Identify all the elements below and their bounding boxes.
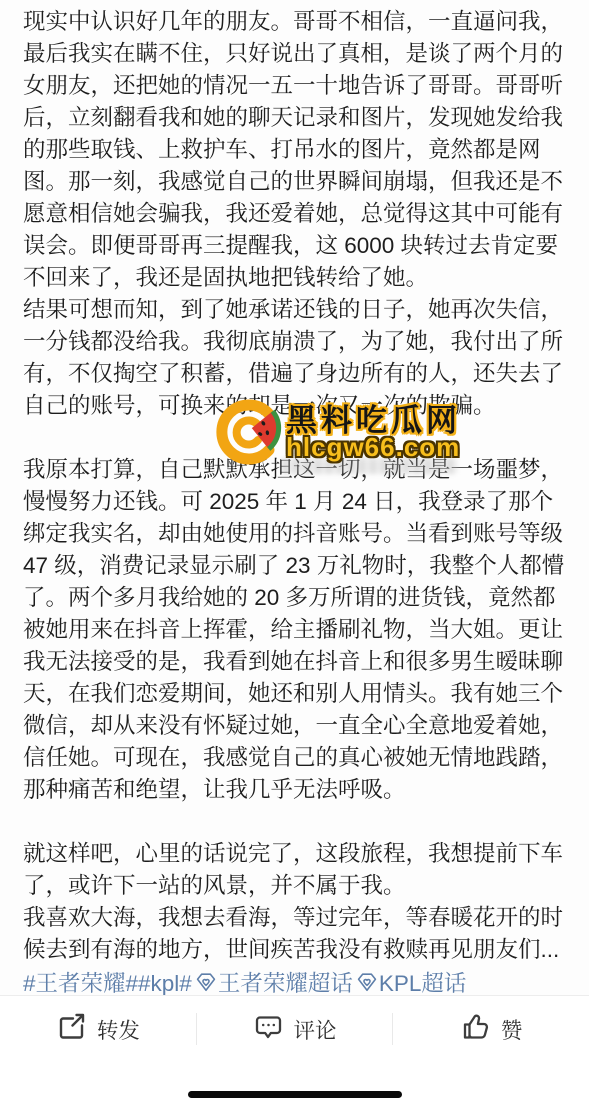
- supertopic-link[interactable]: 王者荣耀超话: [218, 966, 353, 998]
- post-text-line: 信任她。可现在，我感觉自己的真心被她无情地践踏，: [23, 742, 568, 774]
- post-text-line: 的那些取钱、上救护车、打吊水的图片，竟然都是网: [23, 134, 568, 166]
- home-indicator[interactable]: [188, 1091, 402, 1098]
- like-label: 赞: [501, 1014, 523, 1045]
- hashtag-links[interactable]: #王者荣耀##kpl#: [23, 966, 192, 998]
- post-text-line: 后，立刻翻看我和她的聊天记录和图片，发现她发给我: [23, 102, 568, 134]
- post-text-line: 天，在我们恋爱期间，她还和别人用情头。我有她三个: [23, 678, 568, 710]
- supertopic-gem-icon: [356, 971, 378, 993]
- watermark-site-url: hlcgw66.com: [286, 432, 460, 463]
- share-arrow-icon: [56, 1011, 87, 1048]
- post-text-line: 就这样吧，心里的话说完了，这段旅程，我想提前下车: [23, 838, 568, 870]
- post-text-line: 绑定我实名，却由她使用的抖音账号。当看到账号等级: [23, 518, 568, 550]
- post-text-line: 图。那一刻，我感觉自己的世界瞬间崩塌，但我还是不: [23, 166, 568, 198]
- post-text-line: 47 级，消费记录显示刷了 23 万礼物时，我整个人都懵: [23, 550, 568, 582]
- post-text-line: 有，不仅掏空了积蓄，借遍了身边所有的人，还失去了: [23, 358, 568, 390]
- repost-label: 转发: [97, 1014, 140, 1045]
- comment-label: 评论: [294, 1014, 337, 1045]
- post-text: 现实中认识好几年的朋友。哥哥不相信，一直逼问我，最后我实在瞒不住，只好说出了真相…: [23, 6, 568, 966]
- post-text-line: 现实中认识好几年的朋友。哥哥不相信，一直逼问我，: [23, 6, 568, 38]
- hashtag-line: #王者荣耀##kpl# 王者荣耀超话 KPL超话: [23, 966, 466, 998]
- post-text-line: 结果可想而知，到了她承诺还钱的日子，她再次失信，: [23, 294, 568, 326]
- post-text-line: 不回来了，我还是固执地把钱转给了她。: [23, 262, 568, 294]
- post-text-line: 了，或许下一站的风景，并不属于我。: [23, 870, 568, 902]
- post-text-line: 愿意相信她会骗我，我还爱着她，总觉得这其中可能有: [23, 198, 568, 230]
- post-text-line: 我无法接受的是，我看到她在抖音上和很多男生暧昧聊: [23, 646, 568, 678]
- post-text-line: 候去到有海的地方，世间疾苦我没有救赎再见朋友们...: [23, 934, 568, 966]
- supertopic-gem-icon: [195, 971, 217, 993]
- post-text-line: 那种痛苦和绝望，让我几乎无法呼吸。: [23, 774, 568, 806]
- like-button[interactable]: 赞: [393, 1009, 589, 1049]
- post-text-line: [23, 806, 568, 838]
- c-watermelon-logo-icon: [210, 395, 284, 474]
- comment-bubble-icon: [253, 1011, 284, 1048]
- post-text-line: 女朋友，还把她的情况一五一十地告诉了哥哥。哥哥听: [23, 70, 568, 102]
- site-watermark: 黑料吃瓜网 hlcgw66.com: [210, 392, 480, 472]
- post-detail-screen: 现实中认识好几年的朋友。哥哥不相信，一直逼问我，最后我实在瞒不住，只好说出了真相…: [0, 0, 589, 1107]
- thumbs-up-icon: [460, 1011, 491, 1048]
- post-text-line: 误会。即便哥哥再三提醒我，这 6000 块转过去肯定要: [23, 230, 568, 262]
- repost-button[interactable]: 转发: [0, 1009, 196, 1049]
- post-text-line: 微信，却从来没有怀疑过她，一直全心全意地爱着她，: [23, 710, 568, 742]
- comment-button[interactable]: 评论: [197, 1009, 393, 1049]
- post-text-line: 了。两个多月我给她的 20 多万所谓的进货钱，竟然都: [23, 582, 568, 614]
- post-text-line: 一分钱都没给我。我彻底崩溃了，为了她，我付出了所: [23, 326, 568, 358]
- post-text-line: 最后我实在瞒不住，只好说出了真相，是谈了两个月的: [23, 38, 568, 70]
- post-text-line: 被她用来在抖音上挥霍，给主播刷礼物，当大姐。更让: [23, 614, 568, 646]
- post-text-line: 慢慢努力还钱。可 2025 年 1 月 24 日，我登录了那个: [23, 486, 568, 518]
- supertopic-link[interactable]: KPL超话: [379, 966, 467, 998]
- post-text-line: 我喜欢大海，我想去看海，等过完年，等春暖花开的时: [23, 902, 568, 934]
